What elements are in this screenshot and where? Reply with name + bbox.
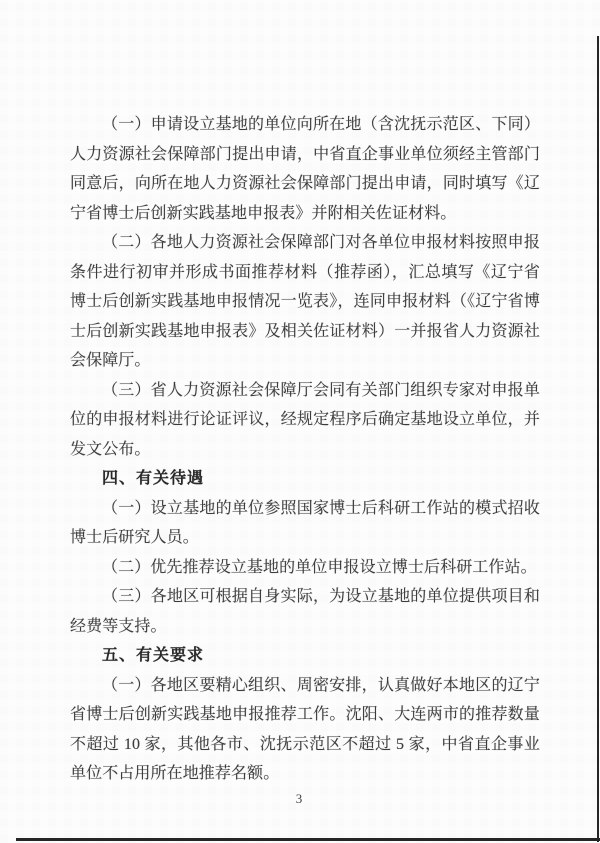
section-heading: 四、有关待遇 [70,464,540,494]
document-text-block: （一）申请设立基地的单位向所在地（含沈抚示范区、下同）人力资源社会保障部门提出申… [70,110,540,789]
paragraph: （三）各地区可根据自身实际，为设立基地的单位提供项目和经费等支持。 [70,582,540,641]
paragraph: （一）设立基地的单位参照国家博士后科研工作站的模式招收博士后研究人员。 [70,494,540,553]
paragraph: （二）优先推荐设立基地的单位申报设立博士后科研工作站。 [70,553,540,583]
section-heading: 五、有关要求 [70,641,540,671]
paragraph: （二）各地人力资源社会保障部门对各单位申报材料按照申报条件进行初审并形成书面推荐… [70,228,540,376]
scan-edge-bottom [16,838,600,841]
paragraph: （三）省人力资源社会保障厅会同有关部门组织专家对申报单位的申报材料进行论证评议，… [70,376,540,465]
scan-edge-right [597,36,599,842]
paragraph: （一）申请设立基地的单位向所在地（含沈抚示范区、下同）人力资源社会保障部门提出申… [70,110,540,228]
page-number: 3 [0,791,598,807]
scanned-document-screenshot: { "document": { "language": "zh-CN", "pa… [0,0,600,843]
document-page: （一）申请设立基地的单位向所在地（含沈抚示范区、下同）人力资源社会保障部门提出申… [0,0,600,843]
paragraph: （一）各地区要精心组织、周密安排，认真做好本地区的辽宁省博士后创新实践基地申报推… [70,671,540,789]
